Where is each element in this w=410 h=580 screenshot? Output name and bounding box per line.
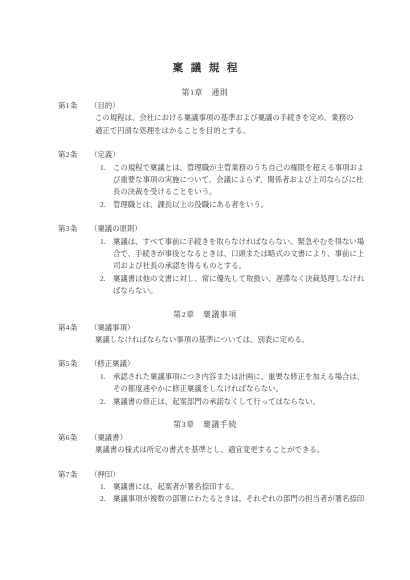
article-number: 第4条	[58, 322, 90, 334]
article-text-line: 稟議しなければならない事項の基準については、別表に定める。	[95, 334, 372, 346]
article-6: 第6条 （稟議書） 稟議書の様式は所定の書式を基準とし、適宜変更することができる…	[58, 432, 372, 457]
item-number: 1.	[100, 371, 113, 396]
article-2-header: 第2条 （定義）	[58, 149, 372, 161]
numbered-item: 2. 管理職とは、課長以上の役職にある者をいう。	[100, 199, 372, 211]
chapter-1-heading: 第1章 通則	[0, 87, 410, 99]
item-text-line: 管理職とは、課長以上の役職にある者をいう。	[113, 199, 372, 211]
article-7-header: 第7条 （押印）	[58, 469, 372, 481]
article-number: 第2条	[58, 149, 90, 161]
article-number: 第5条	[58, 358, 90, 370]
numbered-item: 1. この規程で稟議とは、管理職が主管業務のうち自己の権限を超える事項およ び重…	[100, 162, 372, 199]
chapter-1: 第1章 通則 第1条 （目的） この規程は、会社における稟議事項の基準および稟議…	[0, 87, 410, 298]
article-7: 第7条 （押印） 1. 稟議書には、起案者が署名捺印する。 2. 稟議事項が複数…	[58, 469, 372, 506]
article-caption: （押印）	[90, 469, 372, 481]
item-text-line: び重要な事項の実施について、会議によらず、関係者および上司ならびに社	[113, 174, 372, 186]
item-text-line: 稟議書の修正は、起案部門の承諾なくして行ってはならない。	[113, 396, 372, 408]
numbered-item: 2. 稟議書の修正は、起案部門の承諾なくして行ってはならない。	[100, 396, 372, 408]
item-number: 2.	[100, 493, 113, 505]
item-text-line: 司および社長の承認を得るものとする。	[113, 260, 372, 272]
article-text-line: この規程は、会社における稟議事項の基準および稟議の手続きを定め、業務の	[95, 112, 372, 124]
article-7-body: 1. 稟議書には、起案者が署名捺印する。 2. 稟議事項が複数の部署にわたるとき…	[95, 481, 372, 506]
article-3-header: 第3条 （稟議の原則）	[58, 223, 372, 235]
item-text-line: 稟議事項が複数の部署にわたるときは、それぞれの部門の担当者が署名捺印	[113, 493, 372, 505]
article-caption: （目的）	[90, 100, 372, 112]
article-5: 第5条 （修正稟議） 1. 承認された稟議事項につき内容または計画に、重要な修正…	[58, 358, 372, 408]
chapter-3-articles: 第6条 （稟議書） 稟議書の様式は所定の書式を基準とし、適宜変更することができる…	[58, 432, 372, 506]
numbered-item: 1. 稟議書には、起案者が署名捺印する。	[100, 481, 372, 493]
article-number: 第1条	[58, 100, 90, 112]
article-number: 第7条	[58, 469, 90, 481]
article-1: 第1条 （目的） この規程は、会社における稟議事項の基準および稟議の手続きを定め…	[58, 100, 372, 137]
item-number: 2.	[100, 396, 113, 408]
chapter-3: 第3章 稟議手続 第6条 （稟議書） 稟議書の様式は所定の書式を基準とし、適宜変…	[0, 419, 410, 506]
item-text-line: 稟議書には、起案者が署名捺印する。	[113, 481, 372, 493]
item-number: 1.	[100, 162, 113, 199]
chapter-3-heading: 第3章 稟議手続	[0, 419, 410, 431]
article-2: 第2条 （定義） 1. この規程で稟議とは、管理職が主管業務のうち自己の権限を超…	[58, 149, 372, 211]
article-6-header: 第6条 （稟議書）	[58, 432, 372, 444]
numbered-item: 1. 稟議は、すべて事前に手続きを取らなければならない。緊急やむを得ない場 合で…	[100, 236, 372, 273]
item-text-line: 合で、手続きが事後となるときは、口頭または略式の文書により、事前に上	[113, 248, 372, 260]
numbered-item: 1. 承認された稟議事項につき内容または計画に、重要な修正を加える場合は、 その…	[100, 371, 372, 396]
article-text-line: 適正で円滑な処理をはかることを目的とする。	[95, 125, 372, 137]
item-number: 2.	[100, 199, 113, 211]
article-number: 第3条	[58, 223, 90, 235]
article-caption: （定義）	[90, 149, 372, 161]
article-4-header: 第4条 （稟議事項）	[58, 322, 372, 334]
item-text-line: その都度速やかに修正稟議をしなければならない。	[113, 383, 372, 395]
article-3-body: 1. 稟議は、すべて事前に手続きを取らなければならない。緊急やむを得ない場 合で…	[95, 236, 372, 298]
item-text-line: この規程で稟議とは、管理職が主管業務のうち自己の権限を超える事項およ	[113, 162, 372, 174]
document-page: 稟議規程 第1章 通則 第1条 （目的） この規程は、会社における稟議事項の基準…	[0, 0, 410, 580]
article-number: 第6条	[58, 432, 90, 444]
article-text-line: 稟議書の様式は所定の書式を基準とし、適宜変更することができる。	[95, 444, 372, 456]
item-text-line: 承認された稟議事項につき内容または計画に、重要な修正を加える場合は、	[113, 371, 372, 383]
item-text-line: 長の決裁を受けることをいう。	[113, 186, 372, 198]
chapter-2-articles: 第4条 （稟議事項） 稟議しなければならない事項の基準については、別表に定める。…	[58, 322, 372, 408]
article-4-body: 稟議しなければならない事項の基準については、別表に定める。	[95, 334, 372, 346]
article-4: 第4条 （稟議事項） 稟議しなければならない事項の基準については、別表に定める。	[58, 322, 372, 347]
chapter-2: 第2章 稟議事項 第4条 （稟議事項） 稟議しなければならない事項の基準について…	[0, 309, 410, 408]
item-number: 1.	[100, 481, 113, 493]
article-1-header: 第1条 （目的）	[58, 100, 372, 112]
item-text-line: ばならない。	[113, 285, 372, 297]
article-5-header: 第5条 （修正稟議）	[58, 358, 372, 370]
article-3: 第3条 （稟議の原則） 1. 稟議は、すべて事前に手続きを取らなければならない。…	[58, 223, 372, 297]
article-5-body: 1. 承認された稟議事項につき内容または計画に、重要な修正を加える場合は、 その…	[95, 371, 372, 408]
article-caption: （稟議事項）	[90, 322, 372, 334]
numbered-item: 2. 稟議事項が複数の部署にわたるときは、それぞれの部門の担当者が署名捺印	[100, 493, 372, 505]
item-number: 2.	[100, 273, 113, 298]
document-title: 稟議規程	[0, 0, 410, 76]
article-caption: （稟議書）	[90, 432, 372, 444]
item-number: 1.	[100, 236, 113, 273]
item-text-line: 稟議は、すべて事前に手続きを取らなければならない。緊急やむを得ない場	[113, 236, 372, 248]
article-2-body: 1. この規程で稟議とは、管理職が主管業務のうち自己の権限を超える事項およ び重…	[95, 162, 372, 212]
chapter-2-heading: 第2章 稟議事項	[0, 309, 410, 321]
item-text-line: 稟議書は他の文書に対し、常に優先して取扱い、遅滞なく決裁処理しなけれ	[113, 273, 372, 285]
article-caption: （稟議の原則）	[90, 223, 372, 235]
article-caption: （修正稟議）	[90, 358, 372, 370]
chapter-1-articles: 第1条 （目的） この規程は、会社における稟議事項の基準および稟議の手続きを定め…	[58, 100, 372, 298]
numbered-item: 2. 稟議書は他の文書に対し、常に優先して取扱い、遅滞なく決裁処理しなけれ ばな…	[100, 273, 372, 298]
article-1-body: この規程は、会社における稟議事項の基準および稟議の手続きを定め、業務の 適正で円…	[95, 112, 372, 137]
article-6-body: 稟議書の様式は所定の書式を基準とし、適宜変更することができる。	[95, 444, 372, 456]
